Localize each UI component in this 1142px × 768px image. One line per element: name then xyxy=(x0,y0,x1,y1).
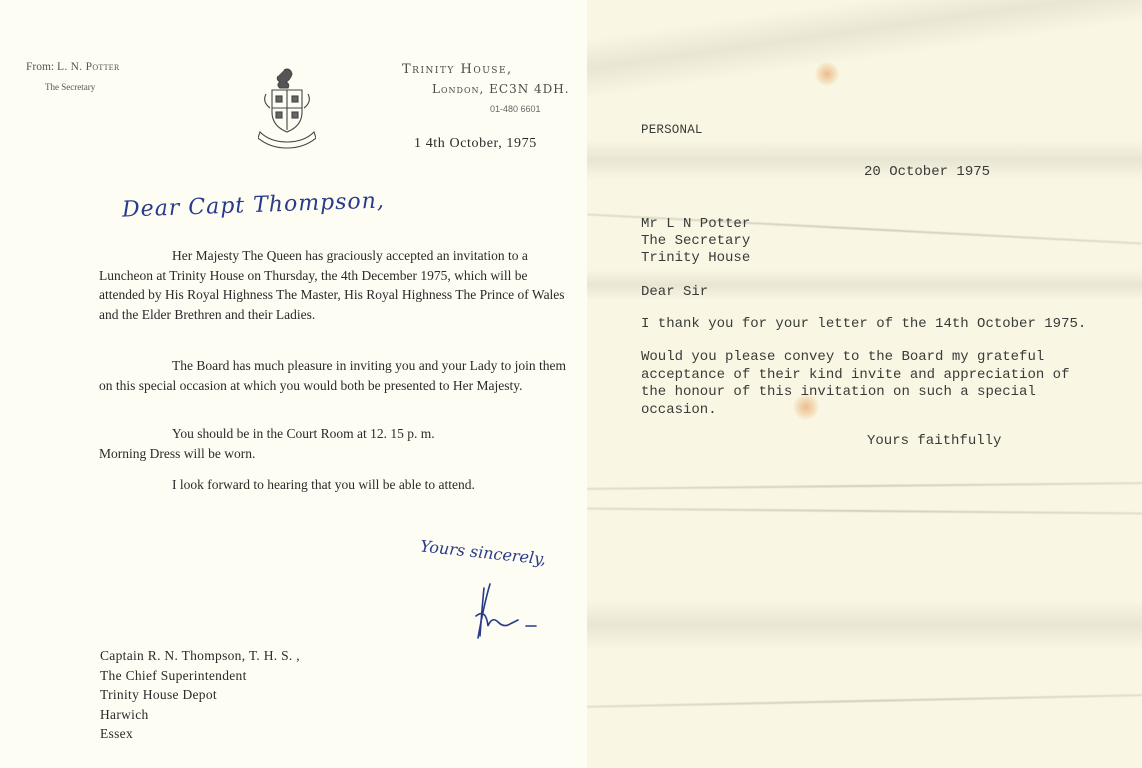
letterhead-org-address: London, EC3N 4DH. xyxy=(432,82,570,96)
paragraph-3: You should be in the Court Room at 12. 1… xyxy=(99,424,569,463)
signature-icon xyxy=(470,580,540,642)
from-name: L. N. Potter xyxy=(57,61,120,73)
recipient-address: Captain R. N. Thompson, T. H. S. , The C… xyxy=(100,646,400,744)
recipient-line: Captain R. N. Thompson, T. H. S. , xyxy=(100,646,400,666)
letterhead-phone: 01-480 6601 xyxy=(490,104,541,114)
paragraph-1: Her Majesty The Queen has graciously acc… xyxy=(99,246,569,324)
letterhead-from: From: L. N. Potter xyxy=(26,61,120,73)
letterhead-org-name: Trinity House, xyxy=(402,62,513,77)
reply-salutation: Dear Sir xyxy=(641,284,708,300)
reply-date: 20 October 1975 xyxy=(864,164,990,180)
reply-paragraph-1: I thank you for your letter of the 14th … xyxy=(641,316,1086,332)
addressee-line: Mr L N Potter xyxy=(641,216,841,233)
recipient-line: Essex xyxy=(100,724,400,744)
handwritten-closing: Yours sincerely, xyxy=(419,536,547,568)
letter-date: 1 4th October, 1975 xyxy=(414,136,537,152)
handwritten-salutation: Dear Capt Thompson, xyxy=(122,188,386,222)
reply-closing: Yours faithfully xyxy=(867,433,1001,449)
recipient-line: Trinity House Depot xyxy=(100,685,400,705)
paragraph-4: I look forward to hearing that you will … xyxy=(99,475,569,495)
letter-trinity-house-invitation: From: L. N. Potter The Secretary Trinity… xyxy=(0,0,587,768)
addressee-line: Trinity House xyxy=(641,250,841,267)
addressee-line: The Secretary xyxy=(641,233,841,250)
addressee-block: Mr L N Potter The Secretary Trinity Hous… xyxy=(641,216,841,267)
reply-paragraph-2: Would you please convey to the Board my … xyxy=(641,349,1101,419)
from-label: From: xyxy=(26,61,54,73)
paragraph-2: The Board has much pleasure in inviting … xyxy=(99,356,569,395)
marking-personal: PERSONAL xyxy=(641,123,703,137)
recipient-line: The Chief Superintendent xyxy=(100,666,400,686)
recipient-line: Harwich xyxy=(100,705,400,725)
crest-icon xyxy=(258,66,316,150)
letterhead-from-title: The Secretary xyxy=(45,82,95,92)
